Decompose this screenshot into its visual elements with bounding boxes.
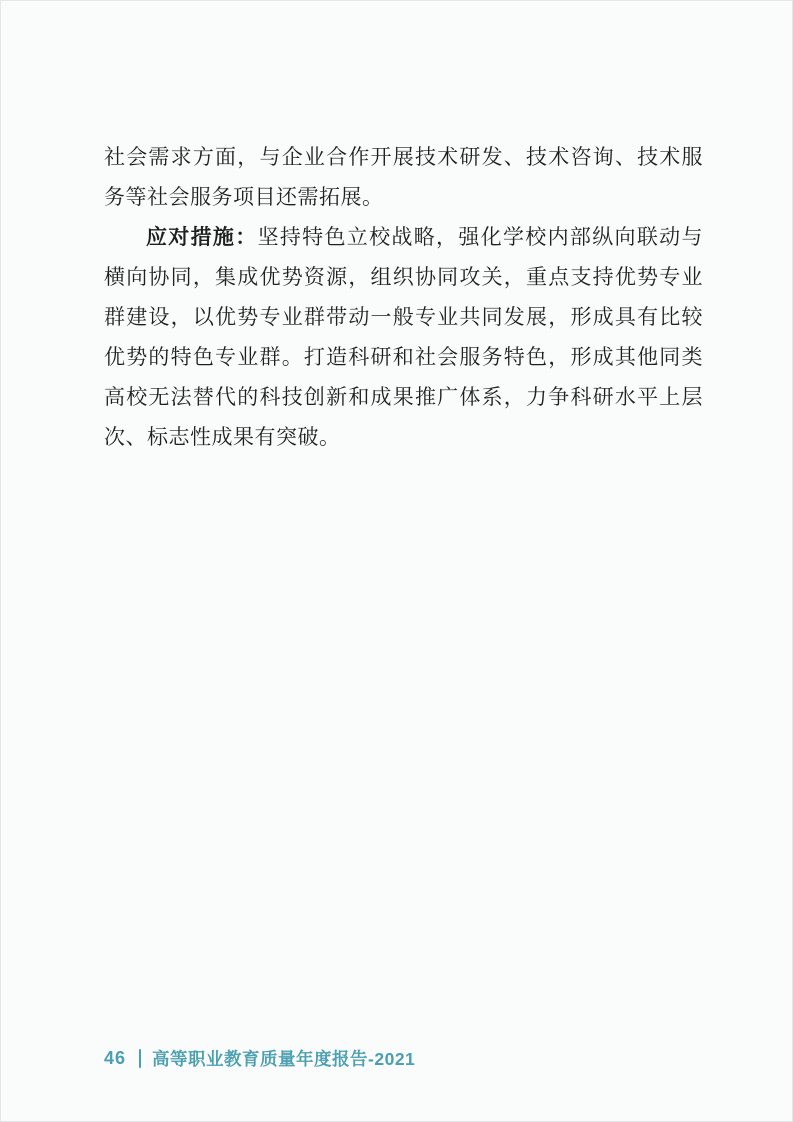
body-text: 社会需求方面，与企业合作开展技术研发、技术咨询、技术服务等社会服务项目还需拓展。… xyxy=(104,137,703,457)
footer-divider xyxy=(139,1049,141,1068)
page-number: 46 xyxy=(104,1048,126,1069)
report-title: 高等职业教育质量年度报告-2021 xyxy=(152,1046,415,1071)
page-footer: 46 高等职业教育质量年度报告-2021 xyxy=(104,1044,415,1072)
document-page: 社会需求方面，与企业合作开展技术研发、技术咨询、技术服务等社会服务项目还需拓展。… xyxy=(0,0,793,1122)
paragraph-measures: 应对措施：坚持特色立校战略，强化学校内部纵向联动与横向协同，集成优势资源，组织协… xyxy=(104,217,703,457)
measures-label: 应对措施： xyxy=(146,225,258,249)
paragraph-continuation: 社会需求方面，与企业合作开展技术研发、技术咨询、技术服务等社会服务项目还需拓展。 xyxy=(104,137,703,217)
measures-body: 坚持特色立校战略，强化学校内部纵向联动与横向协同，集成优势资源，组织协同攻关，重… xyxy=(104,225,703,449)
